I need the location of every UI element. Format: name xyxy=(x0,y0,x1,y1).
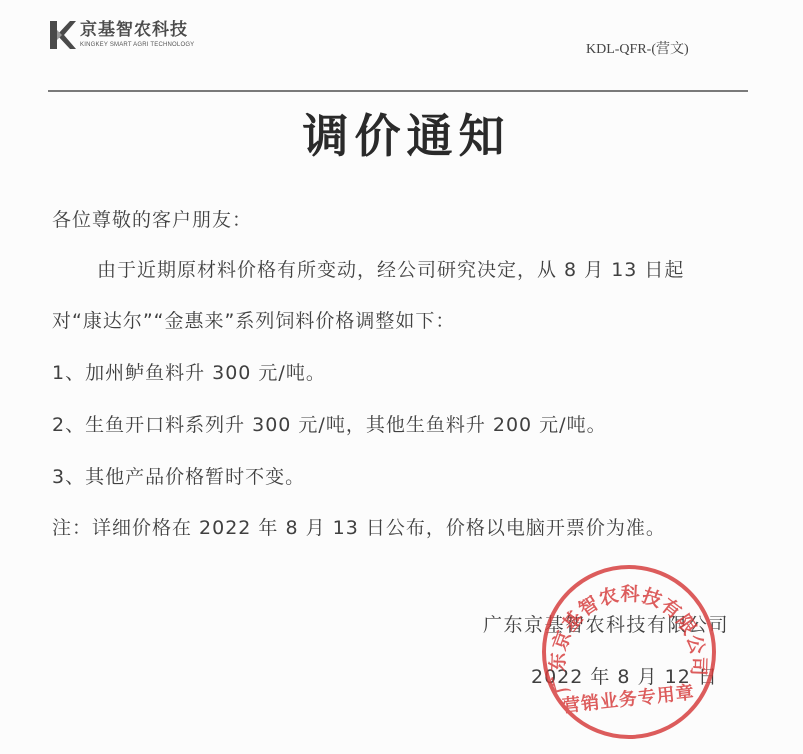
header-divider xyxy=(48,90,748,92)
logo-name-cn: 京基智农科技 xyxy=(80,22,194,39)
document-code: KDL-QFR-(营文) xyxy=(586,38,689,58)
note: 注：详细价格在 2022 年 8 月 13 日公布，价格以电脑开票价为准。 xyxy=(52,513,666,540)
signature-date: 2022 年 8 月 12 日 xyxy=(531,662,718,689)
signature-company: 广东京基智农科技有限公司 xyxy=(483,610,729,637)
page-title: 调价通知 xyxy=(0,100,803,166)
kingkey-k-logo-icon xyxy=(50,20,76,50)
list-item: 2、生鱼开口料系列升 300 元/吨，其他生鱼料升 200 元/吨。 xyxy=(52,410,607,437)
document-page: 京基智农科技 KINGKEY SMART AGRI TECHNOLOGY KDL… xyxy=(0,0,803,754)
paragraph-line-2: 对“康达尔”“金惠来”系列饲料价格调整如下： xyxy=(52,306,455,333)
company-seal-stamp-icon: 广东京基智农科技有限公司 营销业务专用章 xyxy=(540,563,718,741)
company-logo: 京基智农科技 KINGKEY SMART AGRI TECHNOLOGY xyxy=(50,20,194,50)
paragraph-line-1: 由于近期原材料价格有所变动，经公司研究决定，从 8 月 13 日起 xyxy=(97,255,684,282)
logo-text: 京基智农科技 KINGKEY SMART AGRI TECHNOLOGY xyxy=(80,22,194,48)
list-item: 1、加州鲈鱼料升 300 元/吨。 xyxy=(52,358,326,385)
greeting: 各位尊敬的客户朋友： xyxy=(52,205,252,232)
list-item: 3、其他产品价格暂时不变。 xyxy=(52,462,305,489)
logo-name-en: KINGKEY SMART AGRI TECHNOLOGY xyxy=(80,42,194,48)
